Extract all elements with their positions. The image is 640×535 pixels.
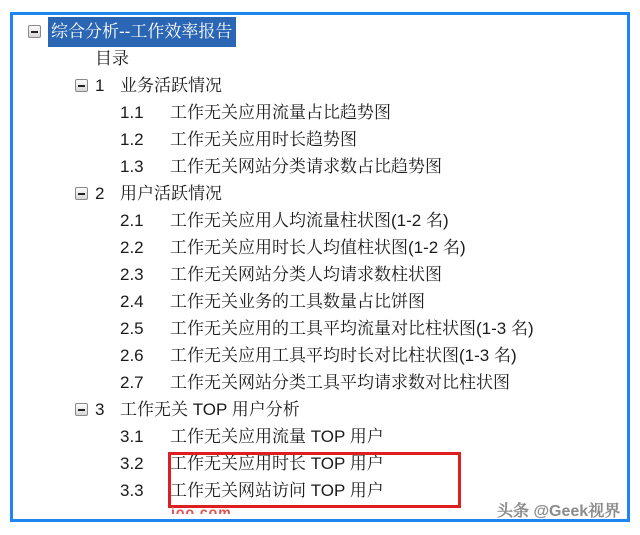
node-number: 2.5 xyxy=(120,315,170,342)
node-label: 工作无关 TOP 用户分析 xyxy=(120,396,300,423)
node-label: 工作无关应用时长人均值柱状图(1-2 名) xyxy=(170,234,466,261)
node-label: 目录 xyxy=(95,45,129,72)
node-label: 工作无关应用工具平均时长对比柱状图(1-3 名) xyxy=(170,342,517,369)
tree-node-3.2[interactable]: 3.2工作无关应用时长 TOP 用户 xyxy=(13,450,627,477)
node-number: 3.3 xyxy=(120,477,170,504)
node-label: 工作无关应用时长 TOP 用户 xyxy=(170,450,384,477)
tree-node-目录[interactable]: 目录 xyxy=(13,45,627,72)
node-number: 2.1 xyxy=(120,207,170,234)
tree-node-2.5[interactable]: 2.5工作无关应用的工具平均流量对比柱状图(1-3 名) xyxy=(13,315,627,342)
collapse-icon[interactable] xyxy=(28,25,41,38)
node-label: 综合分析--工作效率报告 xyxy=(48,17,236,47)
node-label: 工作无关应用人均流量柱状图(1-2 名) xyxy=(170,207,449,234)
tree-node-1.1[interactable]: 1.1工作无关应用流量占比趋势图 xyxy=(13,99,627,126)
node-label: 用户活跃情况 xyxy=(120,180,222,207)
tree-node-2.3[interactable]: 2.3工作无关网站分类人均请求数柱状图 xyxy=(13,261,627,288)
node-number: 2 xyxy=(95,180,120,207)
tree-node-3.1[interactable]: 3.1工作无关应用流量 TOP 用户 xyxy=(13,423,627,450)
tree-node-2.1[interactable]: 2.1工作无关应用人均流量柱状图(1-2 名) xyxy=(13,207,627,234)
tree-node-1[interactable]: 1业务活跃情况 xyxy=(13,72,627,99)
node-label: 工作无关应用流量占比趋势图 xyxy=(170,99,391,126)
node-number: 2.4 xyxy=(120,288,170,315)
report-toc-tree: 综合分析--工作效率报告目录1业务活跃情况1.1工作无关应用流量占比趋势图1.2… xyxy=(13,15,627,519)
node-number: 1.2 xyxy=(120,126,170,153)
tree-node-2.2[interactable]: 2.2工作无关应用时长人均值柱状图(1-2 名) xyxy=(13,234,627,261)
node-number: 2.7 xyxy=(120,369,170,396)
node-label: 工作无关业务的工具数量占比饼图 xyxy=(170,288,425,315)
node-label: 工作无关网站分类人均请求数柱状图 xyxy=(170,261,442,288)
collapse-icon[interactable] xyxy=(75,403,88,416)
tree-node-1.3[interactable]: 1.3工作无关网站分类请求数占比趋势图 xyxy=(13,153,627,180)
partial-watermark-text: ioo.com xyxy=(171,504,232,514)
report-toc-tree-panel: 综合分析--工作效率报告目录1业务活跃情况1.1工作无关应用流量占比趋势图1.2… xyxy=(10,12,630,522)
tree-node-2.4[interactable]: 2.4工作无关业务的工具数量占比饼图 xyxy=(13,288,627,315)
node-number: 1.1 xyxy=(120,99,170,126)
node-number: 3 xyxy=(95,396,120,423)
node-label: 工作无关网站分类请求数占比趋势图 xyxy=(170,153,442,180)
node-number: 2.2 xyxy=(120,234,170,261)
tree-node-3[interactable]: 3工作无关 TOP 用户分析 xyxy=(13,396,627,423)
node-label: 工作无关应用流量 TOP 用户 xyxy=(170,423,384,450)
node-label: 工作无关网站分类工具平均请求数对比柱状图 xyxy=(170,369,510,396)
tree-node-2[interactable]: 2用户活跃情况 xyxy=(13,180,627,207)
node-label: 工作无关网站访问 TOP 用户 xyxy=(170,477,384,504)
tree-node-1.2[interactable]: 1.2工作无关应用时长趋势图 xyxy=(13,126,627,153)
node-label: 工作无关应用的工具平均流量对比柱状图(1-3 名) xyxy=(170,315,534,342)
watermark: 头条 @Geek视界 xyxy=(497,498,620,521)
node-number: 1.3 xyxy=(120,153,170,180)
collapse-icon[interactable] xyxy=(75,187,88,200)
node-label: 工作无关应用时长趋势图 xyxy=(170,126,357,153)
node-number: 1 xyxy=(95,72,120,99)
node-number: 2.6 xyxy=(120,342,170,369)
tree-node-root[interactable]: 综合分析--工作效率报告 xyxy=(13,18,627,45)
tree-node-2.6[interactable]: 2.6工作无关应用工具平均时长对比柱状图(1-3 名) xyxy=(13,342,627,369)
node-label: 业务活跃情况 xyxy=(120,72,222,99)
node-number: 3.2 xyxy=(120,450,170,477)
collapse-icon[interactable] xyxy=(75,79,88,92)
tree-node-2.7[interactable]: 2.7工作无关网站分类工具平均请求数对比柱状图 xyxy=(13,369,627,396)
node-number: 2.3 xyxy=(120,261,170,288)
node-number: 3.1 xyxy=(120,423,170,450)
